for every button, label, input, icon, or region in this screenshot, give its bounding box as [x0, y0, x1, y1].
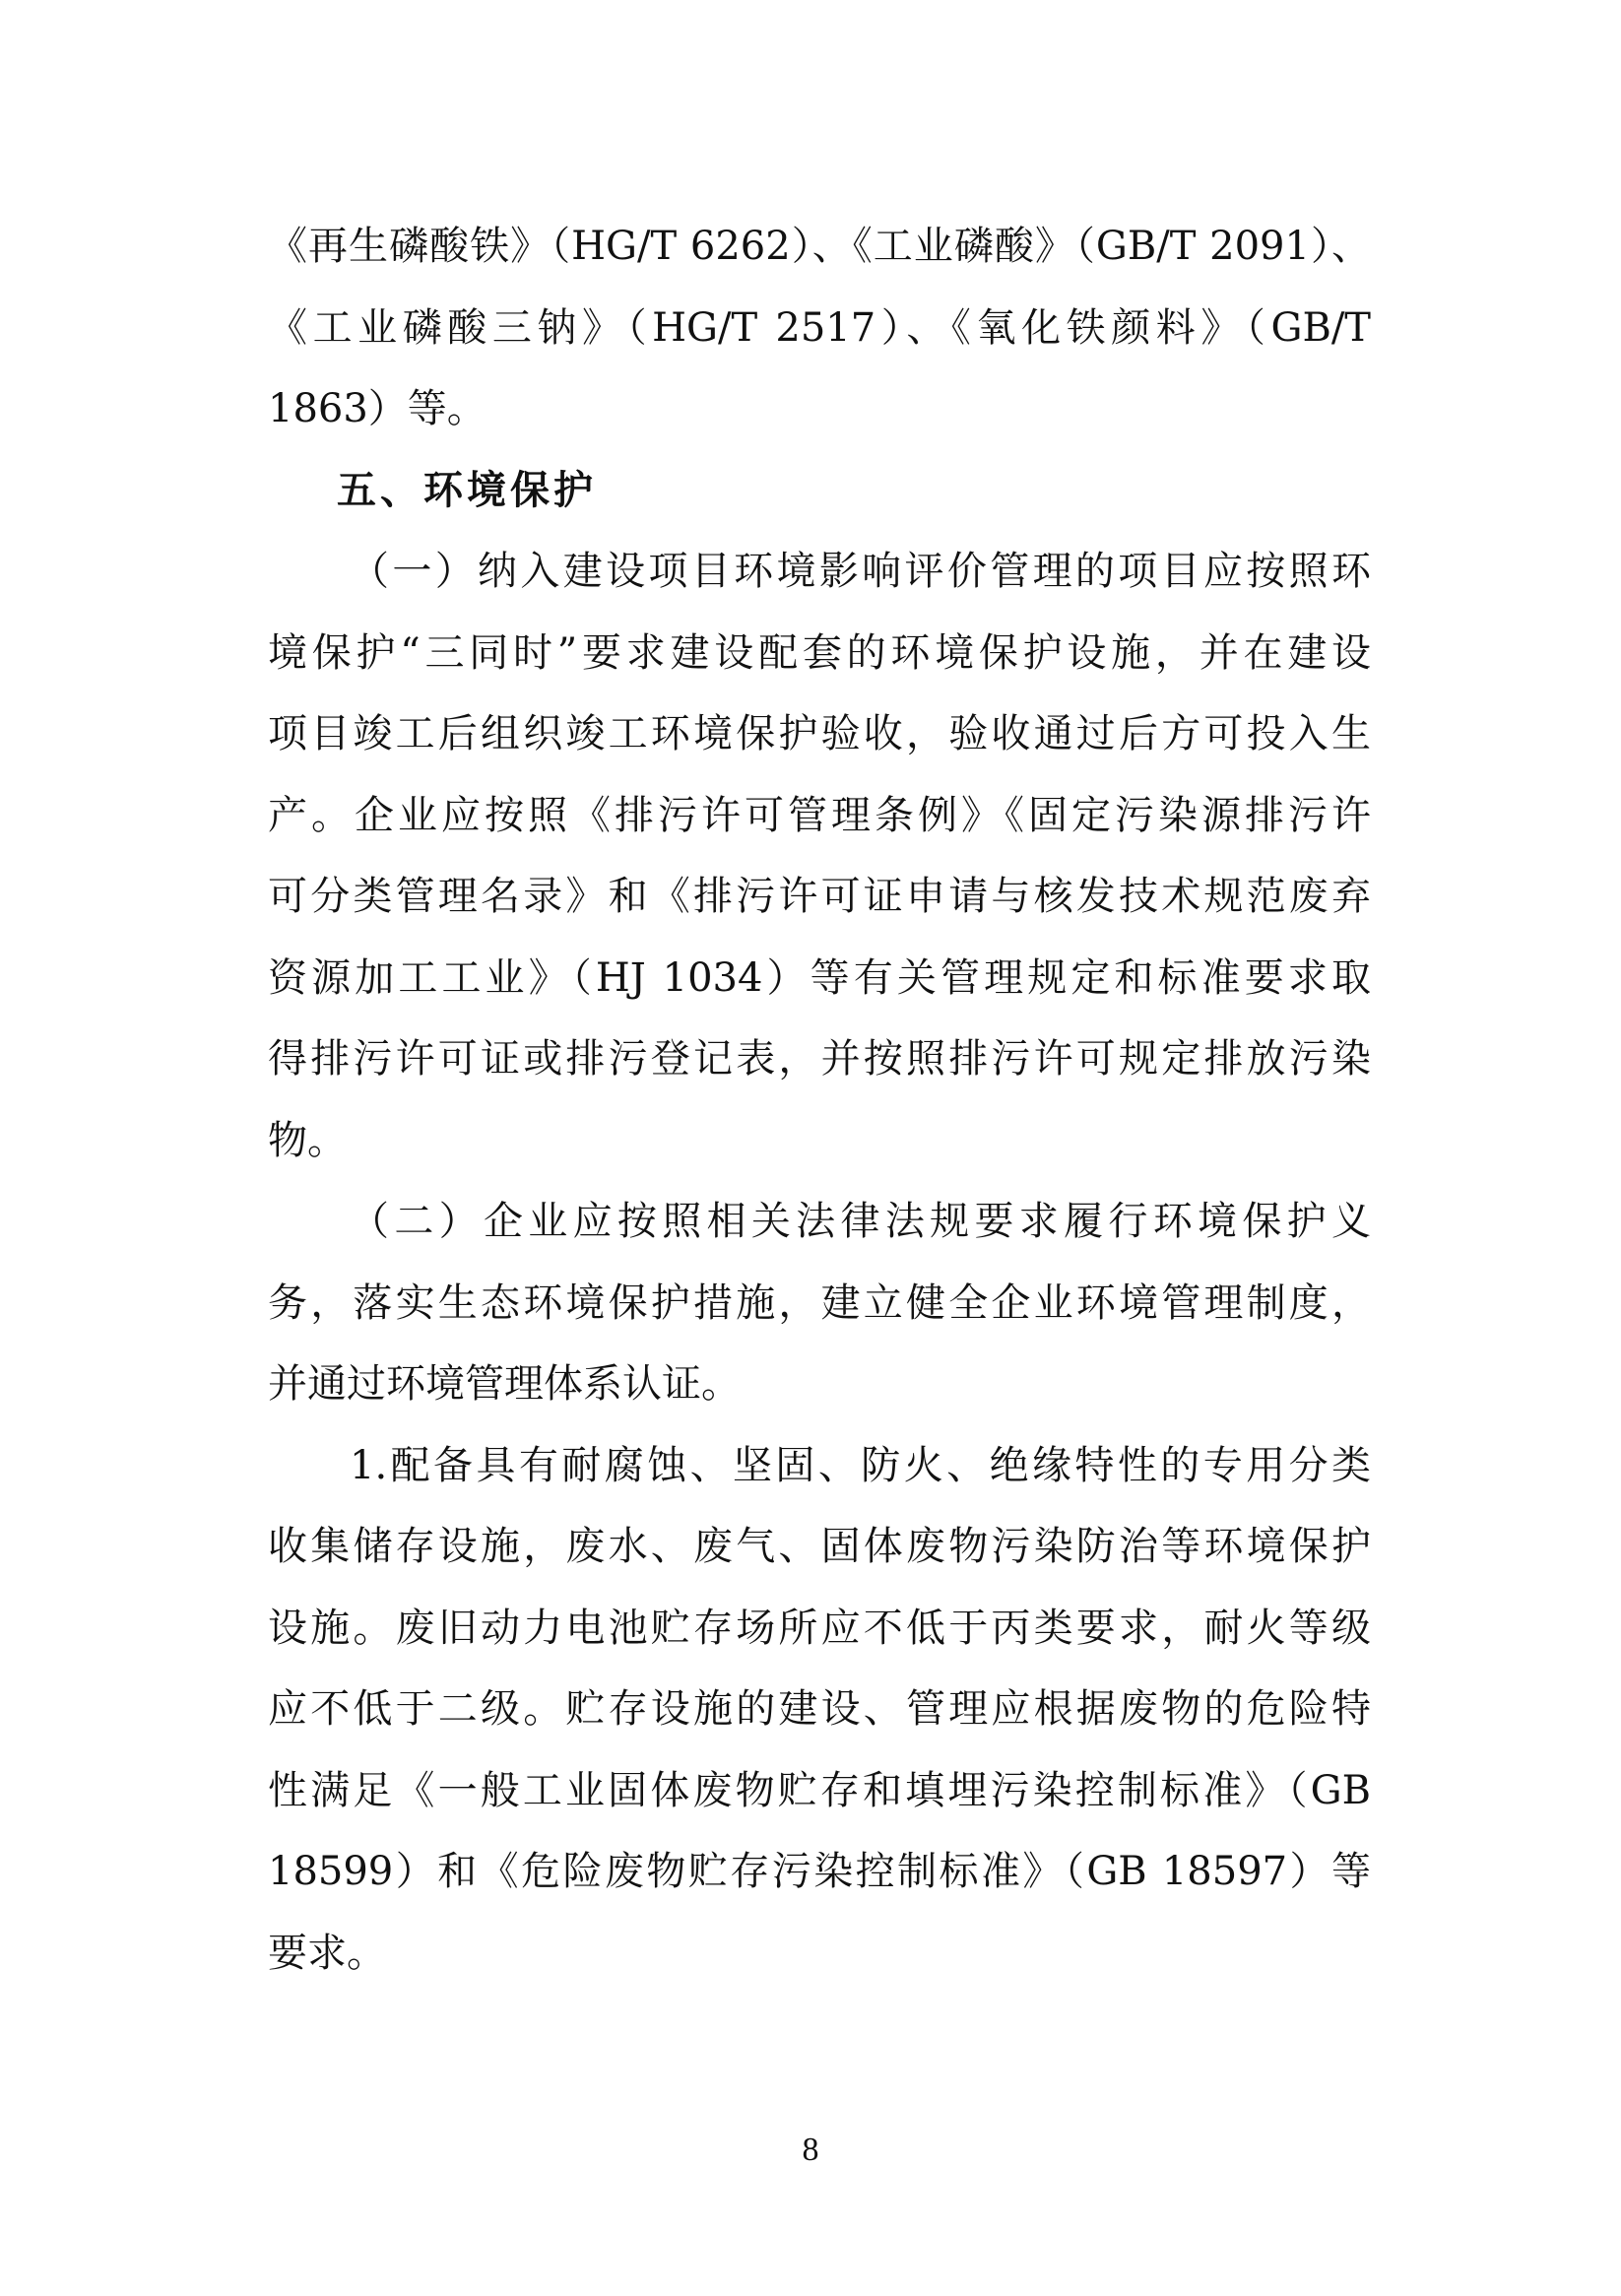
- paragraph-2-line-2: 务，落实生态环境保护措施，建立健全企业环境管理制度，: [268, 1274, 1371, 1333]
- section-heading-environmental-protection: 五、环境保护: [337, 461, 731, 520]
- paragraph-1-line-7: 得排污许可证或排污登记表，并按照排污许可规定排放污染: [268, 1029, 1371, 1088]
- paragraph-line-standards-3: 1863）等。: [268, 379, 1371, 438]
- item-1-line-7: 要求。: [268, 1924, 1371, 1983]
- paragraph-1-line-8: 物。: [268, 1111, 1371, 1170]
- paragraph-1-line-1: （一）纳入建设项目环境影响评价管理的项目应按照环: [350, 542, 1371, 601]
- document-page: 《再生磷酸铁》（HG/T 6262）、《工业磷酸》（GB/T 2091）、 《工…: [0, 0, 1621, 2296]
- item-1-line-5: 性满足《一般工业固体废物贮存和填埋污染控制标准》（GB: [268, 1761, 1371, 1820]
- item-1-line-4: 应不低于二级。贮存设施的建设、管理应根据废物的危险特: [268, 1679, 1371, 1738]
- item-1-line-3: 设施。废旧动力电池贮存场所应不低于丙类要求，耐火等级: [268, 1599, 1371, 1658]
- paragraph-1-line-4: 产。企业应按照《排污许可管理条例》《固定污染源排污许: [268, 786, 1371, 845]
- paragraph-2-line-3: 并通过环境管理体系认证。: [268, 1354, 1371, 1413]
- item-1-line-1: 1.配备具有耐腐蚀、坚固、防火、绝缘特性的专用分类: [350, 1436, 1371, 1495]
- paragraph-1-line-2: 境保护“三同时”要求建设配套的环境保护设施，并在建设: [268, 623, 1371, 683]
- item-1-line-2: 收集储存设施，废水、废气、固体废物污染防治等环境保护: [268, 1517, 1371, 1576]
- paragraph-1-line-3: 项目竣工后组织竣工环境保护验收，验收通过后方可投入生: [268, 704, 1371, 763]
- paragraph-1-line-5: 可分类管理名录》和《排污许可证申请与核发技术规范废弃: [268, 867, 1371, 926]
- paragraph-1-line-6: 资源加工工业》（HJ 1034）等有关管理规定和标准要求取: [268, 949, 1371, 1008]
- paragraph-line-standards-2: 《工业磷酸三钠》（HG/T 2517）、《氧化铁颜料》（GB/T: [268, 298, 1371, 358]
- item-1-line-6: 18599）和《危险废物贮存污染控制标准》（GB 18597）等: [268, 1842, 1371, 1901]
- paragraph-line-standards-1: 《再生磷酸铁》（HG/T 6262）、《工业磷酸》（GB/T 2091）、: [268, 217, 1371, 276]
- page-number: 8: [791, 2128, 830, 2173]
- paragraph-2-line-1: （二）企业应按照相关法律法规要求履行环境保护义: [350, 1192, 1371, 1251]
